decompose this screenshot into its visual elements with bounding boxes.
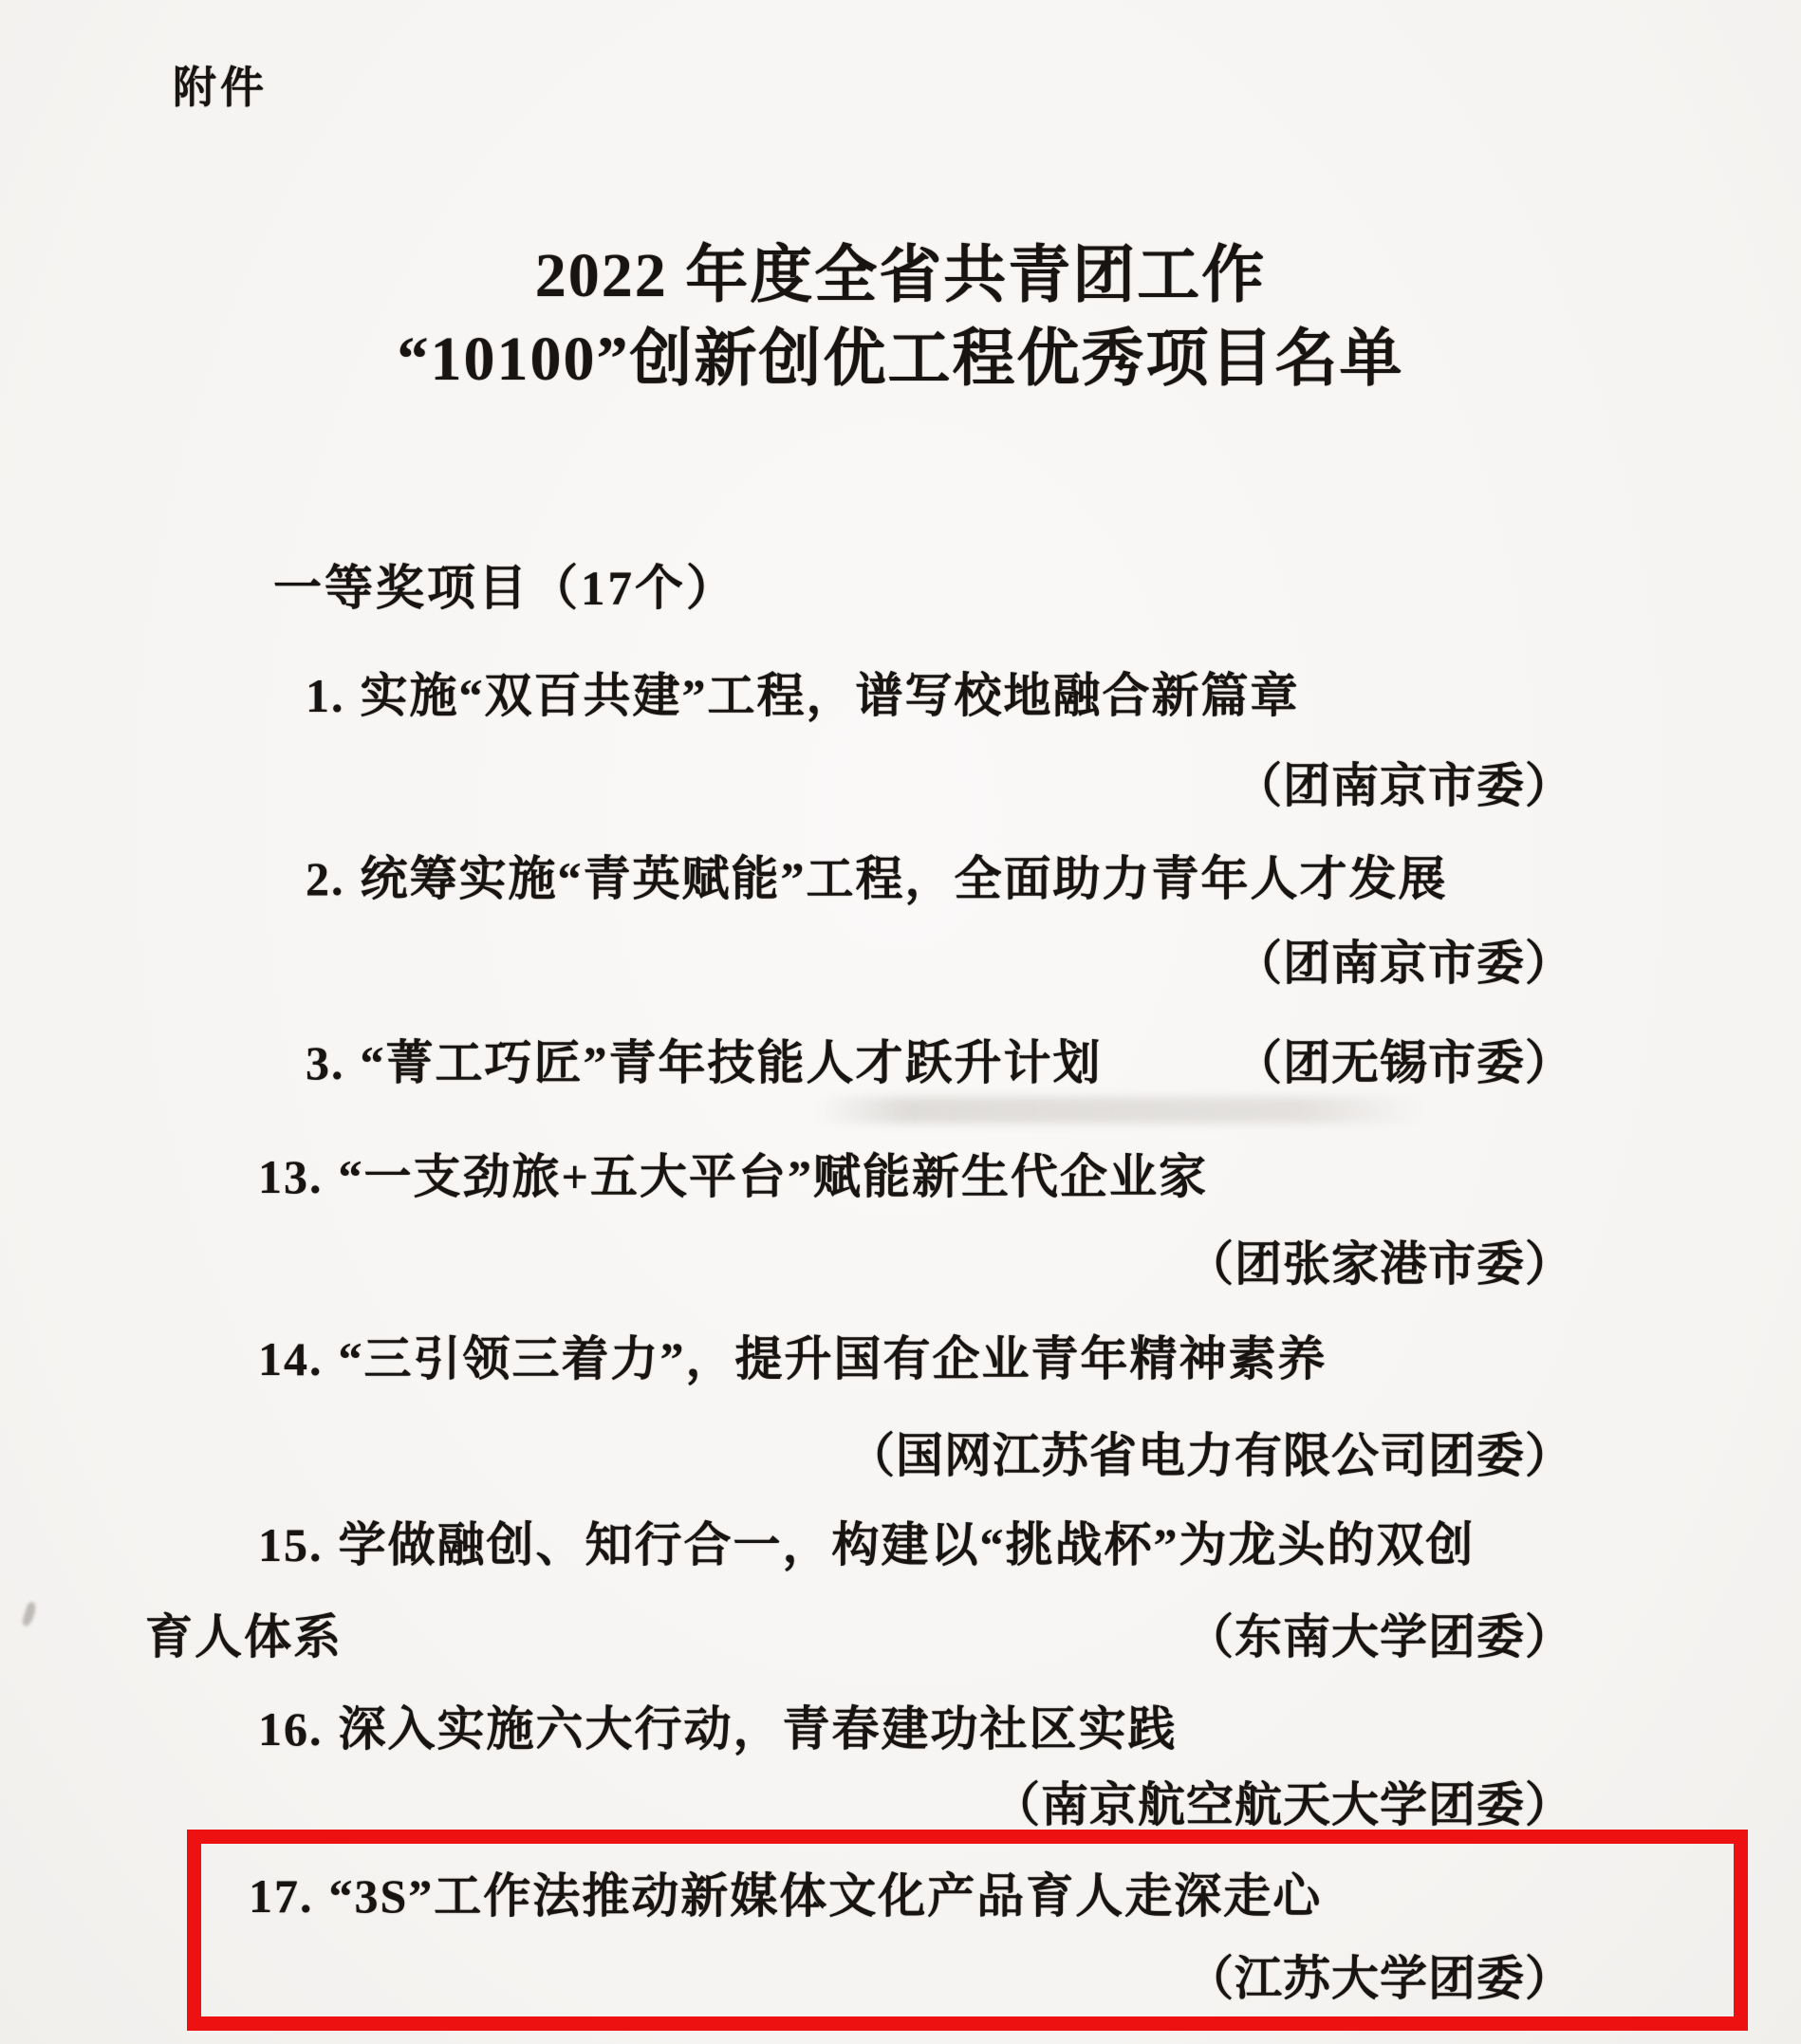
item-17-organization: （江苏大学团委）	[1186, 1941, 1573, 2009]
list-item-2: 2.统筹实施“青英赋能”工程，全面助力青年人才发展	[306, 841, 1448, 909]
item-text: 学做融创、知行合一，构建以“挑战杯”为龙头的双创	[339, 1518, 1476, 1571]
item-3-organization: （团无锡市委）	[1235, 1025, 1573, 1093]
list-item-17: 17.“3S”工作法推动新媒体文化产品育人走深走心	[249, 1858, 1322, 1926]
list-item-14: 14.“三引领三着力”，提升国有企业青年精神素养	[258, 1321, 1328, 1389]
item-14-organization: （国网江苏省电力有限公司团委）	[847, 1418, 1573, 1486]
attachment-label: 附件	[173, 53, 268, 116]
item-text: 实施“双百共建”工程，谱写校地融合新篇章	[361, 669, 1300, 722]
document-title-line-2: “10100”创新创优工程优秀项目名单	[0, 307, 1801, 398]
list-item-1: 1.实施“双百共建”工程，谱写校地融合新篇章	[306, 658, 1300, 726]
document-title-line-1: 2022 年度全省共青团工作	[0, 224, 1801, 314]
item-text: “菁工巧匠”青年技能人才跃升计划	[361, 1036, 1103, 1089]
scan-dot-artifact	[21, 1601, 38, 1627]
item-text: “一支劲旅+五大平台”赋能新生代企业家	[339, 1150, 1209, 1203]
section-heading: 一等奖项目（17个）	[273, 548, 737, 619]
item-1-organization: （团南京市委）	[1235, 748, 1573, 816]
item-number: 13.	[258, 1149, 324, 1204]
item-number: 17.	[249, 1868, 314, 1923]
list-item-16: 16.深入实施六大行动，青春建功社区实践	[258, 1691, 1178, 1759]
item-number: 16.	[258, 1701, 324, 1756]
list-item-3: 3.“菁工巧匠”青年技能人才跃升计划	[306, 1025, 1103, 1093]
item-text: “3S”工作法推动新媒体文化产品育人走深走心	[329, 1869, 1323, 1923]
item-number: 1.	[306, 668, 345, 723]
item-13-organization: （团张家港市委）	[1186, 1226, 1573, 1294]
item-2-organization: （团南京市委）	[1235, 925, 1573, 994]
list-item-15: 15.学做融创、知行合一，构建以“挑战杯”为龙头的双创	[258, 1507, 1476, 1575]
item-text: 深入实施六大行动，青春建功社区实践	[339, 1702, 1178, 1756]
list-item-13: 13.“一支劲旅+五大平台”赋能新生代企业家	[258, 1139, 1208, 1207]
item-15-organization: （东南大学团委）	[1186, 1599, 1573, 1667]
item-text: “三引领三着力”，提升国有企业青年精神素养	[339, 1332, 1328, 1385]
scanned-document-page: 附件 2022 年度全省共青团工作 “10100”创新创优工程优秀项目名单 一等…	[0, 0, 1801, 2044]
item-number: 14.	[258, 1331, 324, 1386]
item-number: 15.	[258, 1517, 324, 1572]
item-number: 2.	[306, 851, 345, 906]
item-text: 统筹实施“青英赋能”工程，全面助力青年人才发展	[361, 852, 1448, 905]
item-16-organization: （南京航空航天大学团委）	[993, 1767, 1573, 1835]
list-item-15-continuation: 育人体系	[145, 1599, 343, 1667]
item-number: 3.	[306, 1035, 345, 1090]
scan-artifact	[816, 1097, 1423, 1124]
